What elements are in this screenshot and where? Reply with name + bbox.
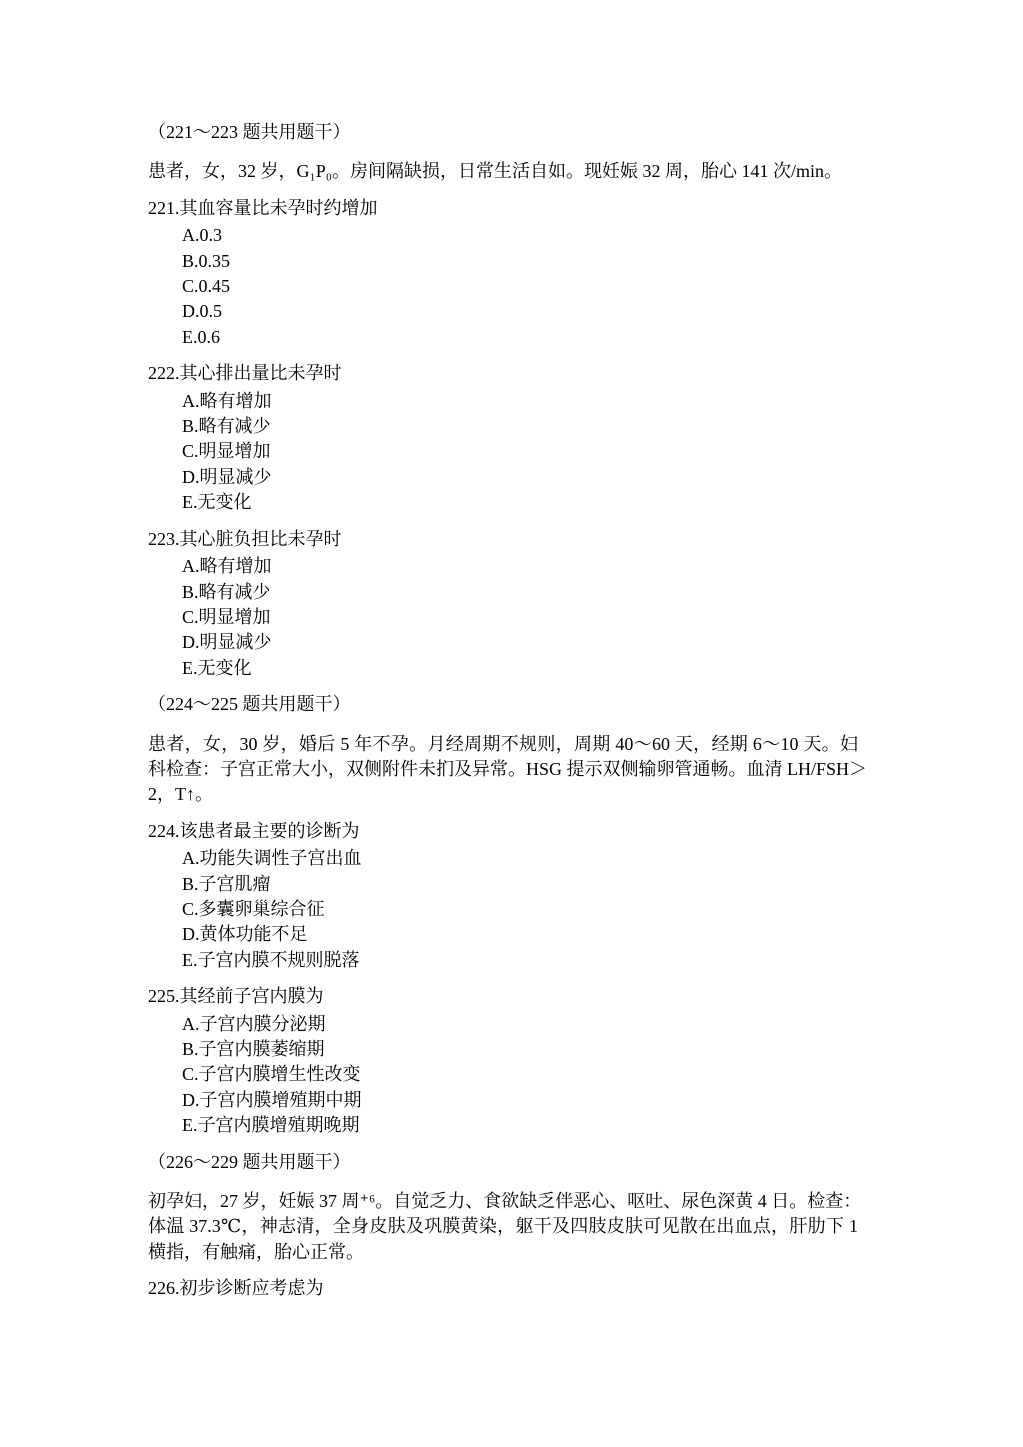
option-b: B.子宫肌瘤 [148, 872, 858, 897]
case-stem-line: 2，T↑。 [148, 782, 858, 807]
case-stem-line: 体温 37.3℃，神志清，全身皮肤及巩膜黄染，躯干及四肢皮肤可见散在出血点，肝肋… [148, 1214, 858, 1239]
case-stem: 患者，女，30 岁，婚后 5 年不孕。月经周期不规则，周期 40～60 天，经期… [148, 732, 858, 808]
option-e: E.子宫内膜不规则脱落 [148, 948, 858, 973]
option-e: E.无变化 [148, 490, 858, 515]
question-title: 222.其心排出量比未孕时 [148, 361, 858, 386]
option-c: C.0.45 [148, 274, 858, 299]
question-223: 223.其心脏负担比未孕时 A.略有增加 B.略有减少 C.明显增加 D.明显减… [148, 527, 858, 681]
option-c: C.多囊卵巢综合征 [148, 897, 858, 922]
question-226: 226.初步诊断应考虑为 [148, 1276, 858, 1301]
option-e: E.无变化 [148, 656, 858, 681]
option-c: C.明显增加 [148, 439, 858, 464]
option-a: A.略有增加 [148, 554, 858, 579]
option-c: C.子宫内膜增生性改变 [148, 1062, 858, 1087]
case-stem-line: 初孕妇，27 岁，妊娠 37 周⁺⁶。自觉乏力、食欲缺乏伴恶心、呕吐、尿色深黄 … [148, 1189, 858, 1214]
option-d: D.明显减少 [148, 465, 858, 490]
option-a: A.功能失调性子宫出血 [148, 846, 858, 871]
option-d: D.子宫内膜增殖期中期 [148, 1088, 858, 1113]
exam-content: （221～223 题共用题干） 患者，女，32 岁，G₁P₀。房间隔缺损，日常生… [148, 120, 858, 1302]
document-page: （221～223 题共用题干） 患者，女，32 岁，G₁P₀。房间隔缺损，日常生… [0, 0, 1023, 1447]
option-d: D.黄体功能不足 [148, 922, 858, 947]
question-224: 224.该患者最主要的诊断为 A.功能失调性子宫出血 B.子宫肌瘤 C.多囊卵巢… [148, 819, 858, 973]
case-stem-line: 患者，女，30 岁，婚后 5 年不孕。月经周期不规则，周期 40～60 天，经期… [148, 732, 858, 757]
option-b: B.0.35 [148, 249, 858, 274]
shared-stem-header: （221～223 题共用题干） [148, 120, 858, 145]
option-d: D.0.5 [148, 299, 858, 324]
option-a: A.0.3 [148, 223, 858, 248]
question-title: 225.其经前子宫内膜为 [148, 984, 858, 1009]
option-b: B.子宫内膜萎缩期 [148, 1037, 858, 1062]
question-group-221-223: （221～223 题共用题干） 患者，女，32 岁，G₁P₀。房间隔缺损，日常生… [148, 120, 858, 681]
question-225: 225.其经前子宫内膜为 A.子宫内膜分泌期 B.子宫内膜萎缩期 C.子宫内膜增… [148, 984, 858, 1138]
option-b: B.略有减少 [148, 580, 858, 605]
case-stem: 初孕妇，27 岁，妊娠 37 周⁺⁶。自觉乏力、食欲缺乏伴恶心、呕吐、尿色深黄 … [148, 1189, 858, 1265]
option-e: E.0.6 [148, 325, 858, 350]
question-title: 226.初步诊断应考虑为 [148, 1276, 858, 1301]
question-group-226-229: （226～229 题共用题干） 初孕妇，27 岁，妊娠 37 周⁺⁶。自觉乏力、… [148, 1150, 858, 1302]
question-title: 224.该患者最主要的诊断为 [148, 819, 858, 844]
option-e: E.子宫内膜增殖期晚期 [148, 1113, 858, 1138]
option-b: B.略有减少 [148, 414, 858, 439]
question-group-224-225: （224～225 题共用题干） 患者，女，30 岁，婚后 5 年不孕。月经周期不… [148, 692, 858, 1139]
question-title: 223.其心脏负担比未孕时 [148, 527, 858, 552]
case-stem: 患者，女，32 岁，G₁P₀。房间隔缺损，日常生活自如。现妊娠 32 周，胎心 … [148, 159, 858, 184]
case-stem-line: 科检查：子宫正常大小，双侧附件未扪及异常。HSG 提示双侧输卵管通畅。血清 LH… [148, 757, 858, 782]
shared-stem-header: （226～229 题共用题干） [148, 1150, 858, 1175]
question-222: 222.其心排出量比未孕时 A.略有增加 B.略有减少 C.明显增加 D.明显减… [148, 361, 858, 515]
question-221: 221.其血容量比未孕时约增加 A.0.3 B.0.35 C.0.45 D.0.… [148, 196, 858, 350]
option-c: C.明显增加 [148, 605, 858, 630]
case-stem-line: 患者，女，32 岁，G₁P₀。房间隔缺损，日常生活自如。现妊娠 32 周，胎心 … [148, 159, 858, 184]
option-a: A.子宫内膜分泌期 [148, 1012, 858, 1037]
case-stem-line: 横指，有触痛，胎心正常。 [148, 1240, 858, 1265]
shared-stem-header: （224～225 题共用题干） [148, 692, 858, 717]
option-d: D.明显减少 [148, 630, 858, 655]
question-title: 221.其血容量比未孕时约增加 [148, 196, 858, 221]
option-a: A.略有增加 [148, 389, 858, 414]
